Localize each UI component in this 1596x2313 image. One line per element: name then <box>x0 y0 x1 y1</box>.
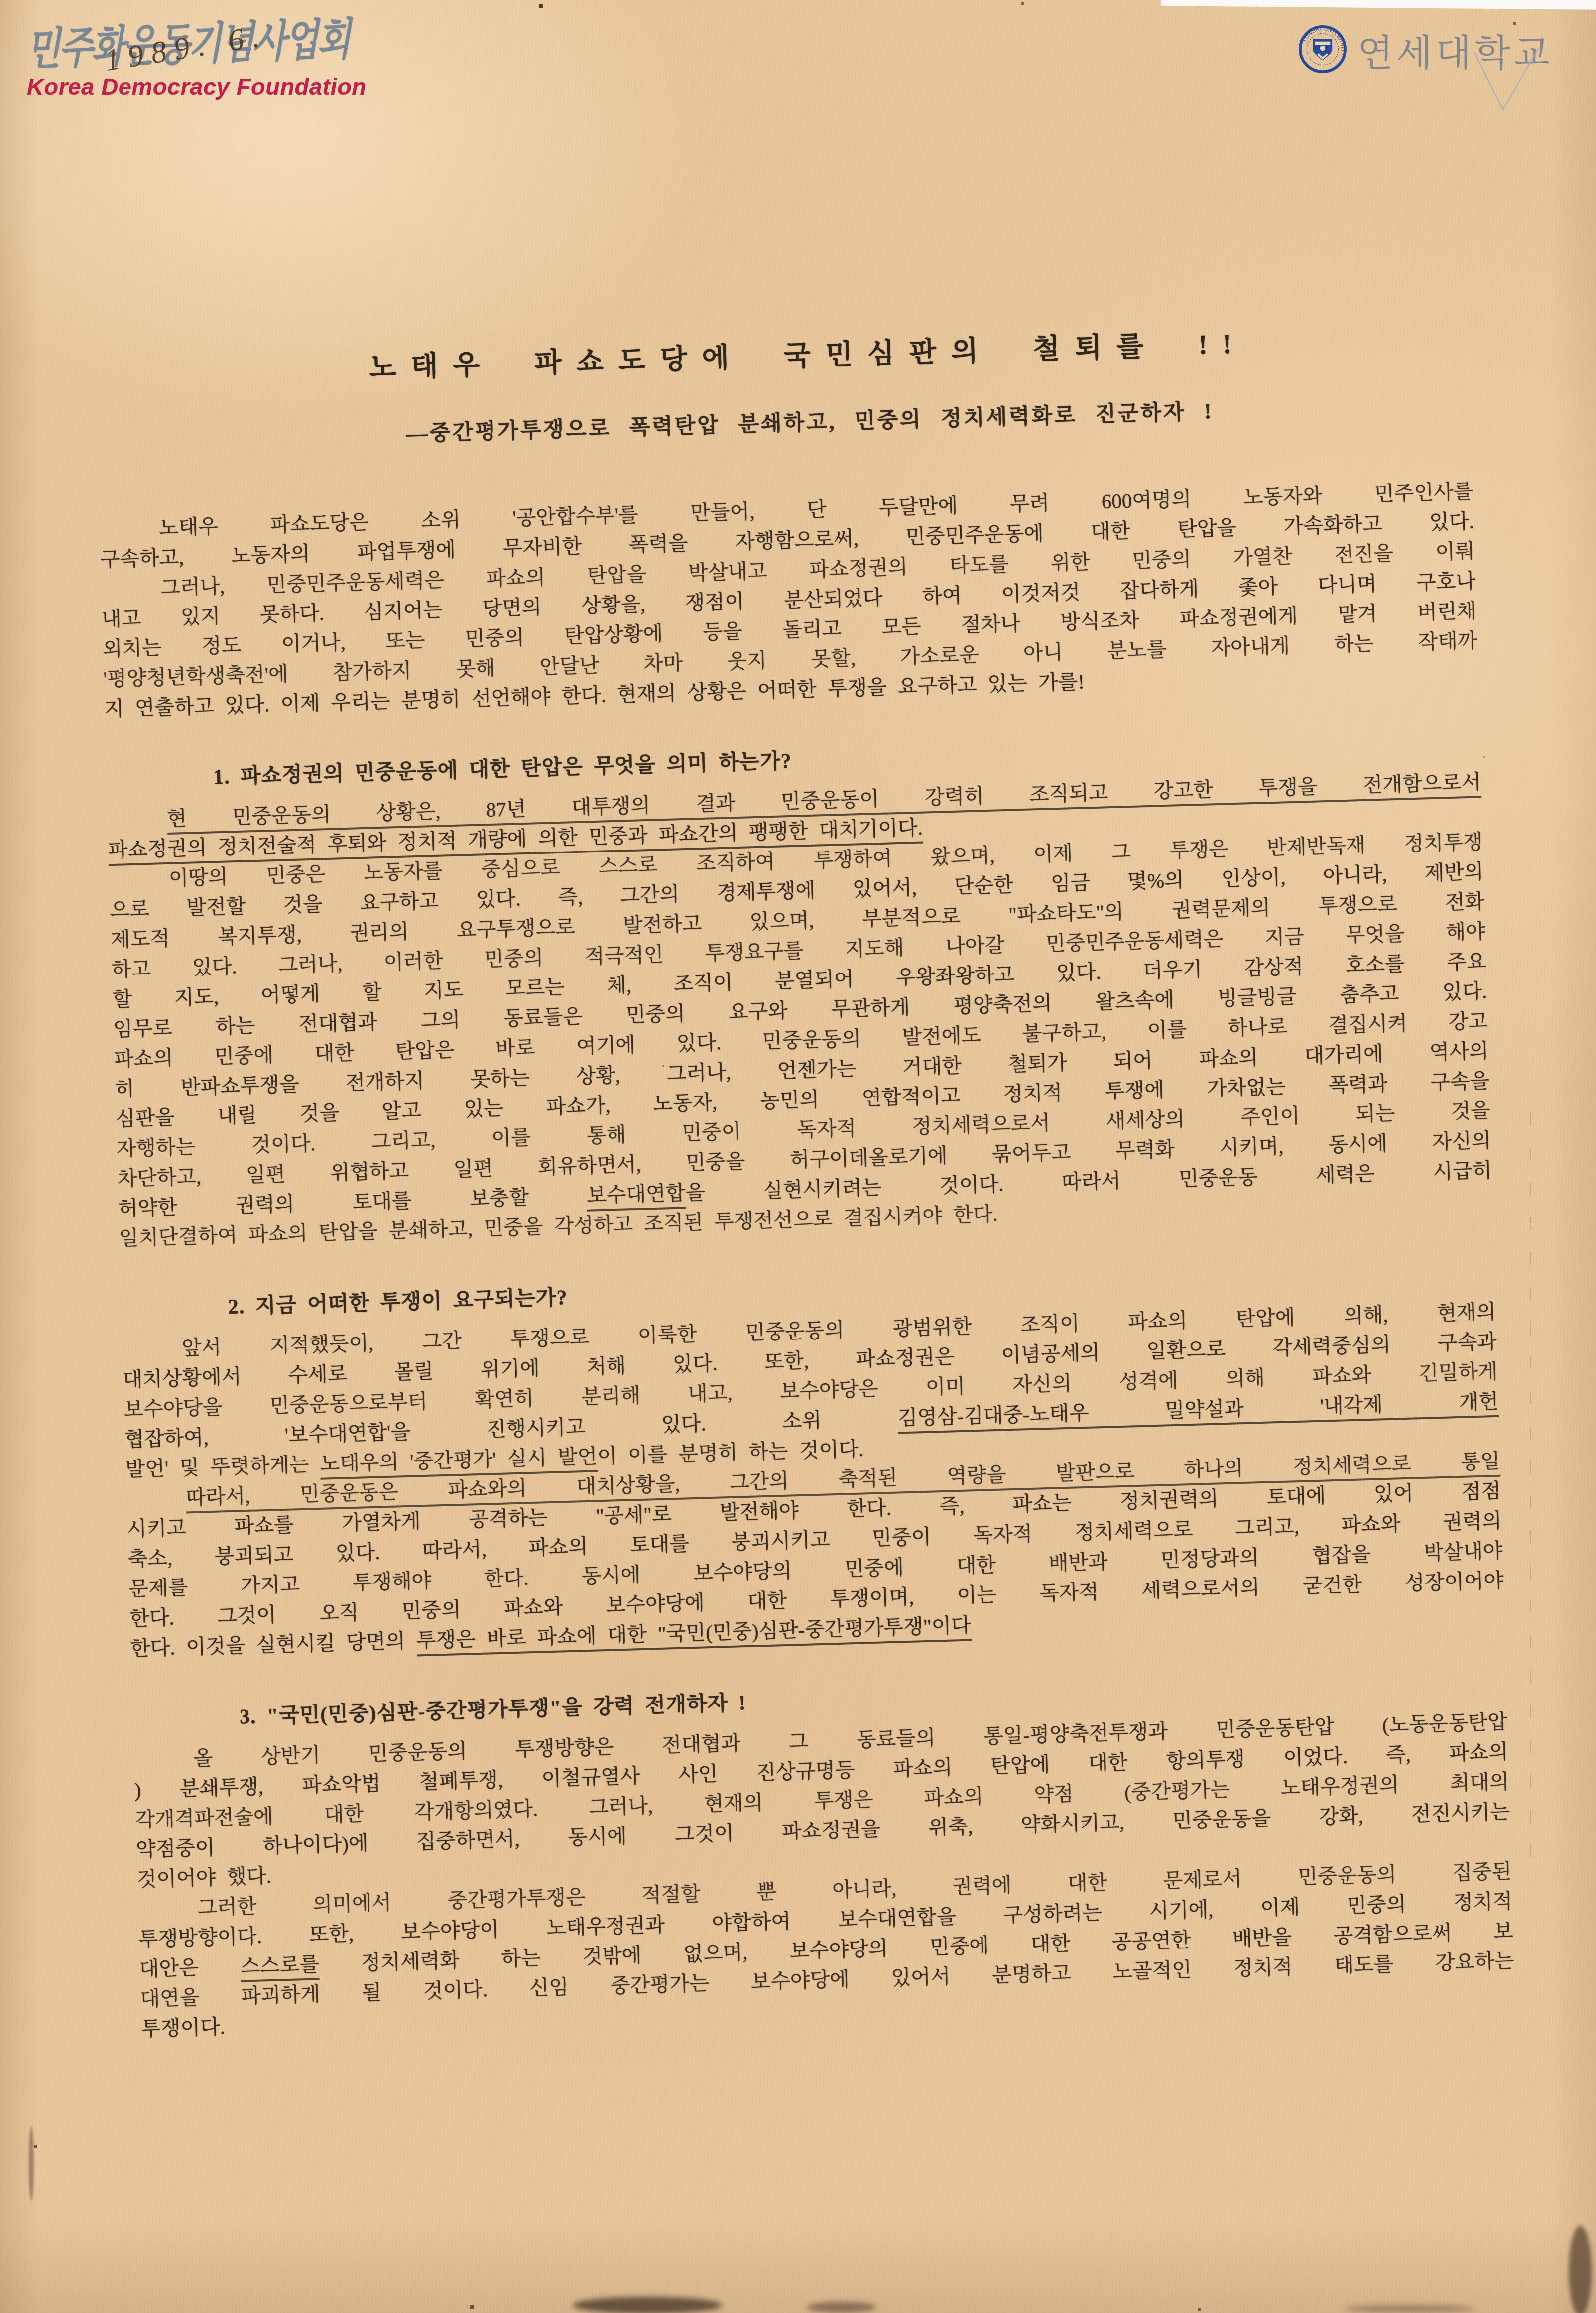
section-2: 2. 지금 어떠한 투쟁이 요구되는가? 앞서 지적했듯이, 그간 투쟁으로 이… <box>121 1257 1505 1664</box>
paper-crease <box>1530 1110 1531 1857</box>
leaflet-title: 노태우 파쇼도당에 국민심판의 철퇴를 !! <box>0 0 1596 395</box>
paper-smudge <box>29 2126 34 2201</box>
paper-smudge <box>1345 2305 1474 2313</box>
section-1: 1. 파쇼정권의 민중운동에 대한 탄압은 무엇을 의미 하는가? 현 민중운동… <box>106 727 1493 1253</box>
section-2-lines: 앞서 지적했듯이, 그간 투쟁으로 이룩한 민중운동의 광범위한 조직이 파쇼의… <box>122 1297 1504 1664</box>
section-3: 3. "국민(민중)심판-중간평가투쟁"을 강력 전개하자 ! 올 상반기 민중… <box>132 1667 1515 2044</box>
paper-smudge <box>807 2302 876 2313</box>
leaflet-content: 노태우 파쇼도당에 국민심판의 철퇴를 !! ―중간평가투쟁으로 폭력탄압 분쇄… <box>0 0 1596 2046</box>
paper-smudge <box>573 2297 722 2313</box>
scanned-leaflet-page: 민주화운동기념사업회 1989. 6. Korea Democracy Foun… <box>0 0 1596 2313</box>
section-3-lines: 올 상반기 민중운동의 투쟁방향은 전대협과 그 동료들의 통일-평양축전투쟁과… <box>133 1707 1515 2044</box>
intro-paragraph: 노태우 파쇼도당은 소위 '공안합수부'를 만들어, 단 두달만에 무려 600… <box>99 476 1478 724</box>
paper-specks <box>0 0 1 1</box>
leaflet-subtitle: ―중간평가투쟁으로 폭력탄압 분쇄하고, 민중의 정치세력화로 진군하자 ! <box>12 388 1596 458</box>
paper-smudge <box>1569 2226 1592 2313</box>
section-1-lines: 현 민중운동의 상황은, 87년 대투쟁의 결과 민중운동이 강력히 조직되고 … <box>107 767 1493 1253</box>
